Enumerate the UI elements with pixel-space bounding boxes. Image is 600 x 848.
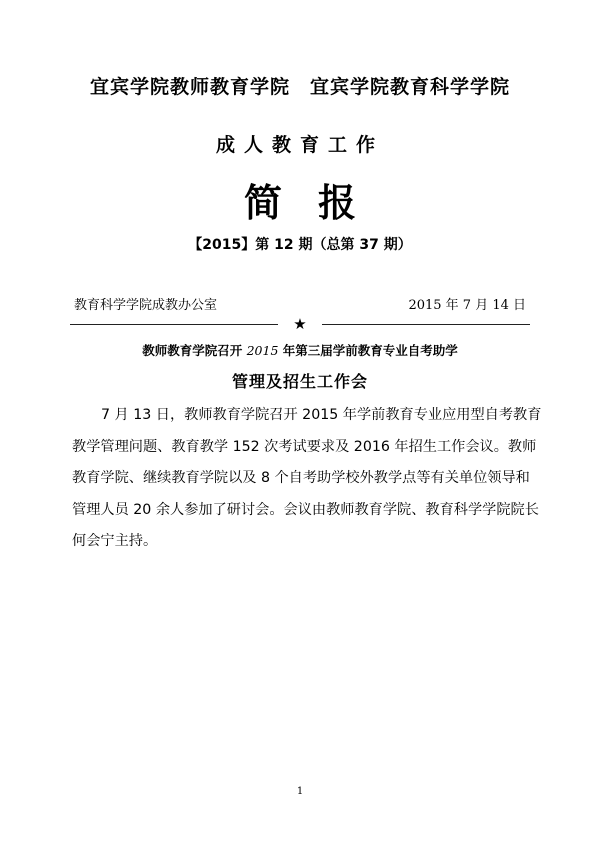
body-line: 教学管理问题、教育教学 152 次考试要求及 2016 年招生工作会议。教师 [72,432,532,464]
body-line: 7 月 13 日，教师教育学院召开 2015 年学前教育专业应用型自考教育 [72,400,532,432]
divider-line-right [322,324,530,325]
issue-number: 【2015】第 12 期（总第 37 期） [0,234,600,254]
article-headline-line2: 管理及招生工作会 [0,369,600,392]
bulletin-title: 简报 [0,172,600,227]
headline-year: 2015 [247,343,279,358]
organization-title: 宜宾学院教师教育学院 宜宾学院教育科学学院 [0,72,600,99]
page-number: 1 [0,786,600,797]
headline-suffix: 年第三届学前教育专业自考助学 [278,343,457,358]
bulletin-subtitle: 成人教育工作 [0,130,600,157]
header-divider: ★ [70,316,530,332]
headline-prefix: 教师教育学院召开 [142,343,246,358]
document-page: 宜宾学院教师教育学院 宜宾学院教育科学学院 成人教育工作 简报 【2015】第 … [0,0,600,848]
body-line: 何会宁主持。 [72,526,532,558]
article-body: 7 月 13 日，教师教育学院召开 2015 年学前教育专业应用型自考教育 教学… [72,400,532,558]
body-line: 教育学院、继续教育学院以及 8 个自考助学校外教学点等有关单位领导和 [72,463,532,495]
article-headline-line1: 教师教育学院召开 2015 年第三届学前教育专业自考助学 [0,341,600,359]
issue-date: 2015 年 7 月 14 日 [408,294,526,313]
body-line: 管理人员 20 余人参加了研讨会。会议由教师教育学院、教育科学学院院长 [72,495,532,527]
issuing-office: 教育科学学院成教办公室 [74,294,217,313]
